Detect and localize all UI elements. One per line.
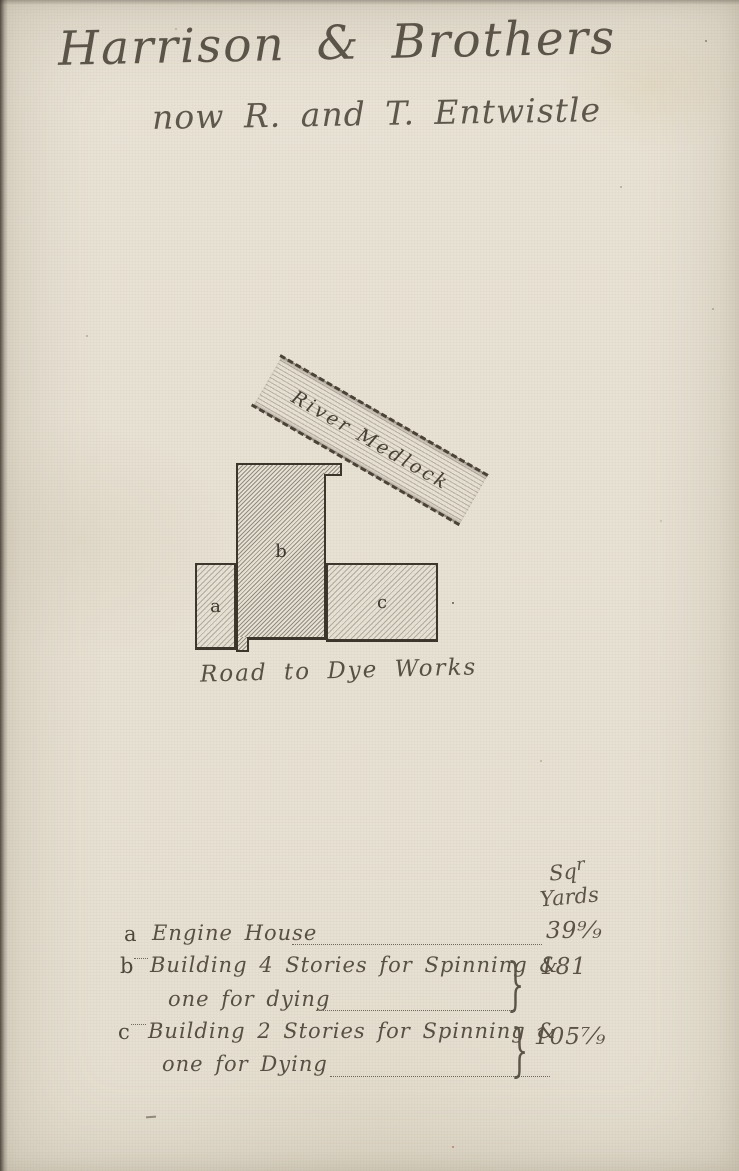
- legend-row-label2: one for dying: [168, 987, 330, 1011]
- brace-glyph: }: [511, 1018, 528, 1085]
- building-c: c: [326, 563, 438, 642]
- dotted-leader: [316, 994, 512, 1011]
- building-a-letter: a: [210, 596, 221, 617]
- units-abbr: Sq: [548, 859, 578, 885]
- legend-row-value: 39⁹⁄₉: [546, 918, 603, 944]
- building-b-letter: b: [275, 541, 287, 562]
- page-subtitle: now R. and T. Entwistle: [152, 90, 602, 137]
- units-header: Sqr Yards: [516, 850, 621, 915]
- legend-row-letter: c: [118, 1020, 130, 1044]
- legend-row-label2: one for Dying: [162, 1052, 328, 1076]
- units-sup: r: [575, 855, 585, 876]
- building-b: b: [236, 463, 326, 640]
- document-page: Harrison & Brothers now R. and T. Entwis…: [0, 0, 739, 1171]
- legend-row-value: 181: [540, 954, 587, 980]
- page-top-shadow: [0, 0, 739, 5]
- brace-glyph: }: [507, 952, 524, 1019]
- legend-row-letter: b: [120, 954, 133, 978]
- dotted-leader: [131, 1008, 146, 1025]
- building-b-foot: [236, 637, 249, 652]
- building-b-notch: [324, 463, 342, 476]
- dotted-leader: [134, 942, 148, 959]
- building-a: a: [195, 563, 236, 650]
- legend-row-value: 105⁷⁄₉: [534, 1024, 606, 1050]
- legend-row-label: Building 2 Stories for Spinning &: [148, 1019, 557, 1043]
- road-label: Road to Dye Works: [200, 654, 478, 687]
- page-title: Harrison & Brothers: [57, 10, 616, 77]
- legend-row-label: Building 4 Stories for Spinning &: [150, 953, 559, 977]
- building-c-letter: c: [377, 592, 387, 613]
- pencil-dash: [146, 1116, 156, 1119]
- units-line2: Yards: [539, 882, 600, 911]
- dotted-leader: [292, 928, 542, 945]
- binding-shadow: [0, 0, 8, 1171]
